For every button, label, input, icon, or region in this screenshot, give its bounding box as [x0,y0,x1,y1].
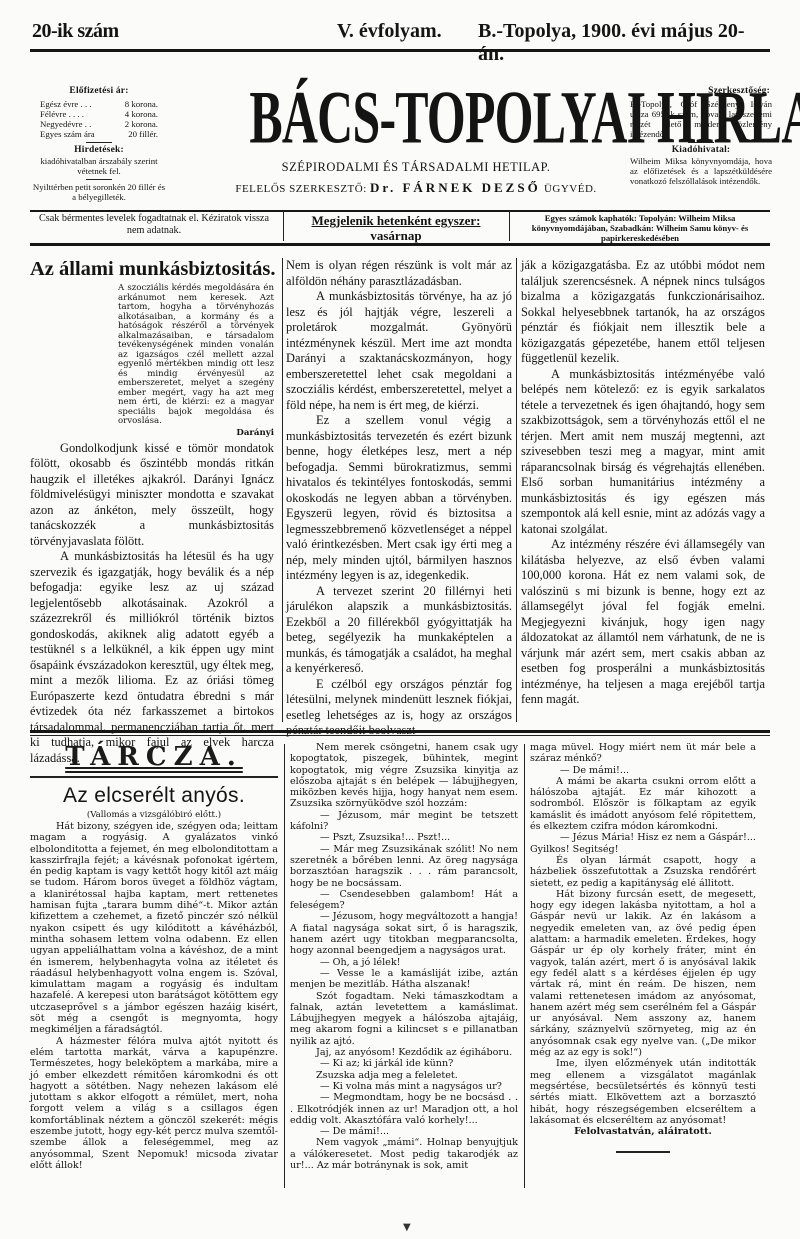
page-ornament-icon: ▼ [403,1222,411,1233]
paragraph: A tervezet szerint 20 fillérnyi heti jár… [286,584,512,677]
feuilleton-column-2: Nem merek csöngetni, hanem csak ugy kopo… [290,742,518,1171]
paragraph: A munkásbiztositás ha létesül és ha ugy … [30,549,274,766]
lead-article-column-3: ják a közigazgatásba. Ez az utóbbi módot… [521,258,765,708]
editor-name: Dr. FÁRNEK DEZSŐ [370,180,541,195]
divider [688,142,714,143]
top-line: 20-ik szám V. évfolyam. B.-Topolya, 1900… [30,20,770,48]
story-subtitle: (Vallomás a vizsgálóbiró előtt.) [30,810,278,820]
info-bar: Csak bérmentes levelek fogadtatnak el. K… [30,211,770,243]
editor-line: FELELŐS SZERKESZTŐ: Dr. FÁRNEK DEZSŐ ÜGY… [201,180,631,196]
feuilleton-column-3: maga müvel. Hogy miért nem üt már bele a… [530,742,756,1153]
feuilleton-label: TÁRCZA. [30,742,278,772]
newspaper-title: BÁCS-TOPOLYAI HIRLAP. [249,80,592,156]
newspaper-subtitle: SZÉPIRODALMI ÉS TÁRSADALMI HETILAP. [201,160,631,175]
subscription-table: Egész évre . . .8 korona. Félévre . . . … [40,99,158,139]
paragraph: Hát bizony furcsán esett, de megesett, h… [530,889,756,1058]
price-value: 2 korona. [112,119,158,129]
column-divider [524,744,525,1188]
subscription-box: Előfizetési ár: Egész évre . . .8 korona… [30,86,168,202]
section-rule-thin [30,735,770,736]
price-value: 20 fillér. [112,129,158,139]
divider [86,142,112,143]
paragraph: Az intézmény részére évi államsegély van… [521,537,765,708]
dialogue-line: — Már meg Zsuzsikának szólit! No nem sze… [290,844,518,889]
dialogue-line: — Pszt, Zsuzsika!... Pszt!... [290,832,518,843]
publication-frequency: Megjelenik hetenként egyszer: [286,213,506,228]
closing-rule [616,1151,670,1153]
price-value: 4 korona. [112,109,158,119]
paragraph: A munkásbiztositás intézményébe való bel… [521,367,765,538]
paragraph: Nem merek csöngetni, hanem csak ugy kopo… [290,742,518,810]
issue-number: 20-ik szám [32,20,119,43]
article-motto: A szocziális kérdés megoldására én arkán… [118,284,274,427]
editor-suffix: ÜGYVÉD. [544,183,597,195]
dialogue-line: — Vesse le a kamásliját izibe, aztán men… [290,968,518,991]
dialogue-line: — Ki volna más mint a nagyságos ur? [290,1081,518,1092]
editorial-heading: Szerkesztőség: [630,86,772,96]
feuilleton-column-1: TÁRCZA. Az elcserélt anyós. (Vallomás a … [30,742,278,1171]
paragraph: Hát bizony, szégyen ide, szégyen oda; le… [30,821,278,1036]
subscription-heading: Előfizetési ár: [30,86,168,96]
paragraph: A munkásbiztositás törvénye, ha az jó le… [286,289,512,413]
lead-article-column-1: Az állami munkásbiztositás. A szocziális… [30,258,274,766]
infobar-bottom-rule [30,243,770,246]
paragraph: Jaj, az anyósom! Kezdődik az égiháboru. [290,1047,518,1058]
price-label: Egyes szám ára [40,129,108,139]
infobar-left: Csak bérmentes levelek fogadtatnak el. K… [30,213,278,237]
ads-text: kiadóhivatalban árszabály szerint vétetn… [30,156,168,176]
lead-article-title: Az állami munkásbiztositás. [30,258,274,280]
price-value: 8 korona. [112,99,158,109]
column-divider [284,744,285,1188]
closing-line: Felolvastatván, aláiratott. [530,1126,756,1137]
paragraph: Ez a szellem vonul végig a munkásbiztosi… [286,413,512,584]
editor-prefix: FELELŐS SZERKESZTŐ: [235,183,366,195]
paragraph: És olyan lármát csapott, hogy a házbelie… [530,855,756,889]
open-space-text: Nyilttérben petit soronkén 20 fillér és … [30,182,168,202]
paragraph: Gondolkodjunk kissé e tömör mondatok föl… [30,441,274,550]
paragraph: ják a közigazgatásba. Ez az utóbbi módot… [521,258,765,367]
paragraph: A házmester félóra mulva ajtót nyitott é… [30,1036,278,1172]
dialogue-line: — Ki az; ki járkál ide künn? [290,1058,518,1069]
editorial-box: Szerkesztőség: B.-Topolya, Gróf Szécheny… [630,86,772,186]
publication-day: vasárnap [286,228,506,243]
editorial-text: B.-Topolya, Gróf Széchenyi István utcza … [630,99,772,139]
ads-heading: Hirdetések: [30,145,168,155]
paragraph: Nem is olyan régen részünk is volt már a… [286,258,512,289]
header-rule [30,49,770,52]
dialogue-line: — Jézus Mária! Hisz ez nem a Gáspár!... … [530,832,756,855]
dialogue-line: — Jézusom, hogy megváltozott a hangja! A… [290,911,518,956]
dialogue-line: — Oh, a jó lélek! [290,957,518,968]
paragraph: Ime, ilyen előzmények után inditották me… [530,1058,756,1126]
motto-signature: Darányi [30,428,274,438]
price-label: Egész évre . . . [40,99,108,109]
volume: V. évfolyam. [337,20,442,43]
divider [86,179,112,180]
paragraph: Zsuzska adja meg a feleletet. [290,1070,518,1081]
column-divider [282,258,283,722]
dialogue-line: — Csendesebben galambom! Hát a feleségem… [290,889,518,912]
dialogue-line: — De mámi!... [290,1126,518,1137]
price-label: Félévre . . . . [40,109,108,119]
publisher-text: Wilheim Miksa könyvnyomdája, hova az elő… [630,156,772,186]
dialogue-line: — Megmondtam, hogy be ne bocsásd . . . E… [290,1092,518,1126]
article-body: Gondolkodjunk kissé e tömör mondatok föl… [30,441,274,767]
paragraph: maga müvel. Hogy miért nem üt már bele a… [530,742,756,765]
story-body: Hát bizony, szégyen ide, szégyen oda; le… [30,821,278,1171]
paragraph: A mámi be akarta csukni orrom előtt a há… [530,776,756,832]
infobar-right: Egyes számok kaphatók: Topolyán: Wilheim… [514,213,766,243]
place-date: B.-Topolya, 1900. évi május 20-án. [478,20,770,66]
dialogue-line: — Jézusom, már megint be tetszett káfoln… [290,810,518,833]
dialogue-line: — De mámi!... [530,765,756,776]
infobar-center: Megjelenik hetenként egyszer: vasárnap [286,213,506,243]
column-divider [516,258,517,722]
price-label: Negyedévre . . [40,119,108,129]
publisher-heading: Kiadóhivatal: [630,145,772,155]
lead-article-column-2: Nem is olyan régen részünk is volt már a… [286,258,512,739]
divider [283,211,284,241]
section-rule [30,730,770,733]
divider [509,211,510,241]
paragraph: Szót fogadtam. Neki támaszkodtam a falna… [290,991,518,1047]
story-title: Az elcserélt anyós. [30,784,278,808]
divider [30,776,278,778]
paragraph: Nem vagyok „mámi“. Holnap benyujtjuk a v… [290,1137,518,1171]
